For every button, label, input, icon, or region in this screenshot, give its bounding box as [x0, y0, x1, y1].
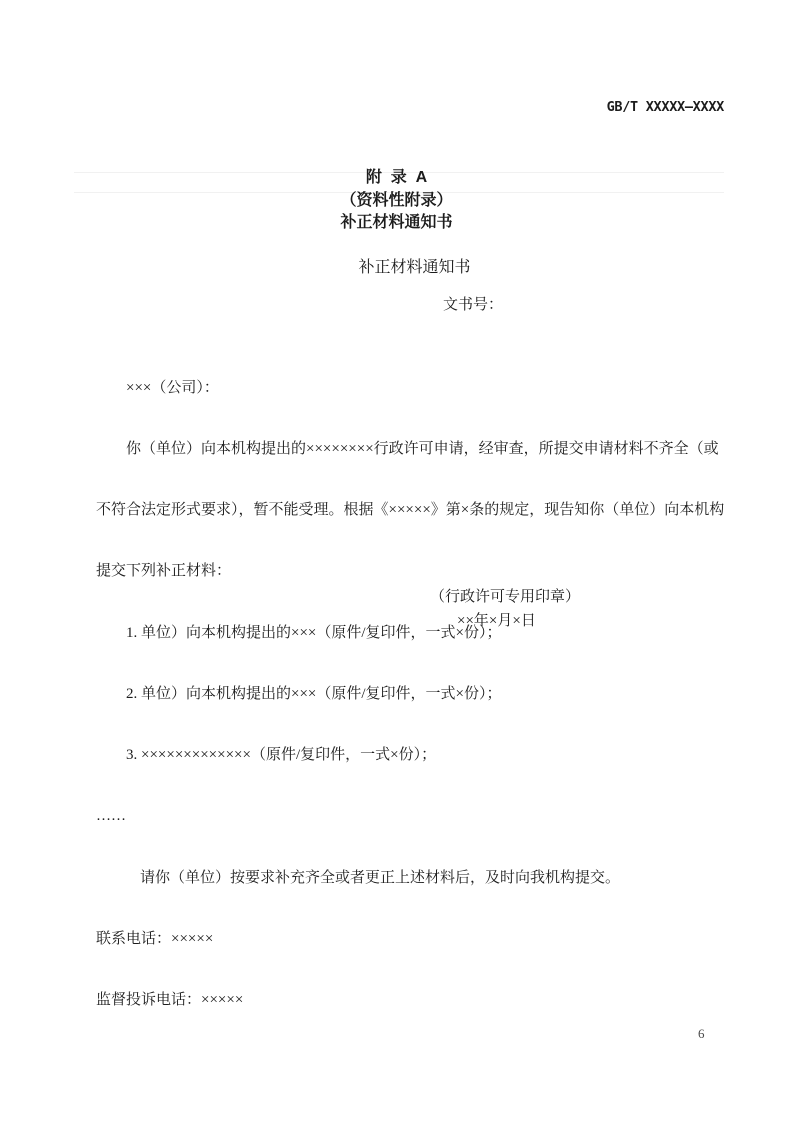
document-body: ×××（公司）： 你（单位）向本机构提出的××××××××行政许可申请，经审查，…: [96, 337, 720, 1051]
date-line: ××年×月×日: [457, 609, 536, 630]
doc-number-label: 文书号：: [443, 293, 503, 314]
document-title: 补正材料通知书: [0, 254, 793, 277]
contact-phone-line: 联系电话：×××××: [96, 929, 720, 949]
list-item: 3. ×××××××××××××（原件/复印件，一式×份）；: [96, 745, 720, 765]
body-line: 提交下列补正材料：: [96, 561, 720, 581]
document-page: GB/T XXXXX—XXXX 附 录 A （资料性附录） 补正材料通知书 补正…: [0, 0, 793, 1122]
list-item: 1. 单位）向本机构提出的×××（原件/复印件，一式×份）；: [96, 623, 720, 643]
standard-reference: GB/T XXXXX—XXXX: [607, 99, 724, 115]
body-line: 你（单位）向本机构提出的××××××××行政许可申请，经审查，所提交申请材料不齐…: [96, 439, 720, 459]
seal-placeholder-line: （行政许可专用印章）: [430, 585, 580, 606]
body-line: 不符合法定形式要求），暂不能受理。根据《×××××》第×条的规定，现告知你（单位…: [96, 500, 720, 520]
appendix-type-label: （资料性附录）: [0, 192, 793, 209]
page-number: 6: [698, 1026, 705, 1042]
appendix-name: 补正材料通知书: [0, 214, 793, 231]
closing-line: 请你（单位）按要求补充齐全或者更正上述材料后，及时向我机构提交。: [96, 868, 720, 888]
salutation-line: ×××（公司）：: [96, 378, 720, 398]
complaint-phone-line: 监督投诉电话：×××××: [96, 990, 720, 1010]
appendix-title: 附 录 A: [0, 169, 793, 186]
ellipsis-line: ……: [96, 806, 720, 826]
list-item: 2. 单位）向本机构提出的×××（原件/复印件，一式×份）；: [96, 684, 720, 704]
